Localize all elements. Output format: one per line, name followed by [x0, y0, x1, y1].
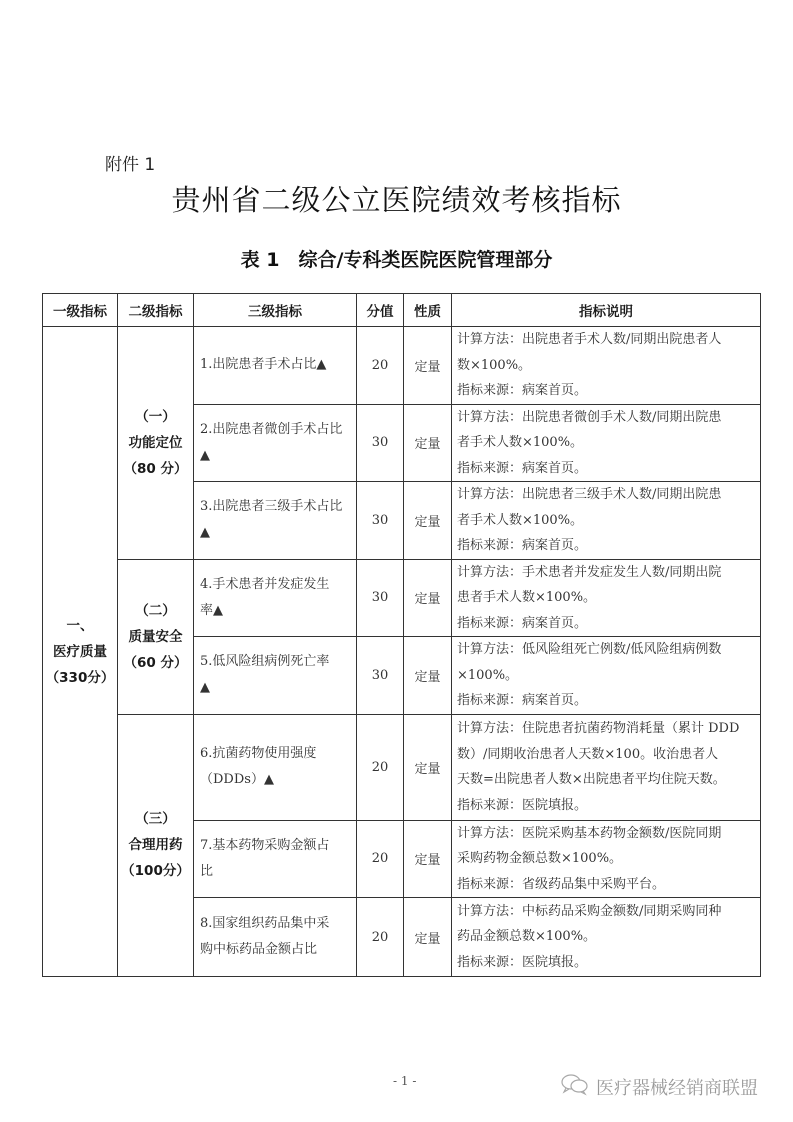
level3-indicator: 7.基本药物采购金额占比 [194, 820, 357, 898]
nature-value: 定量 [404, 714, 452, 820]
indicator-description: 计算方法：出院患者三级手术人数/同期出院患者手术人数×100%。指标来源：病案首… [452, 482, 761, 560]
level2-points: （100分） [118, 858, 193, 884]
level2-name: 功能定位 [118, 430, 193, 456]
score-value: 20 [357, 714, 404, 820]
level1-name: 医疗质量 [43, 639, 117, 665]
nature-value: 定量 [404, 637, 452, 715]
document-title: 贵州省二级公立医院绩效考核指标 [0, 178, 793, 219]
table-header-row: 一级指标 二级指标 三级指标 分值 性质 指标说明 [43, 294, 761, 327]
level2-cell-quality-safety: （二） 质量安全 （60 分） [118, 559, 194, 714]
level2-points: （80 分） [118, 456, 193, 482]
nature-value: 定量 [404, 820, 452, 898]
level3-indicator: 6.抗菌药物使用强度（DDDs）▲ [194, 714, 357, 820]
level2-number: （三） [118, 806, 193, 832]
indicator-description: 计算方法：出院患者微创手术人数/同期出院患者手术人数×100%。指标来源：病案首… [452, 404, 761, 482]
score-value: 20 [357, 820, 404, 898]
level2-cell-rational-drug-use: （三） 合理用药 （100分） [118, 714, 194, 977]
level2-points: （60 分） [118, 650, 193, 676]
level2-name: 质量安全 [118, 624, 193, 650]
column-header-nature: 性质 [404, 294, 452, 327]
nature-value: 定量 [404, 559, 452, 637]
column-header-level3: 三级指标 [194, 294, 357, 327]
attachment-label: 附件 1 [105, 150, 155, 175]
nature-value: 定量 [404, 482, 452, 560]
nature-value: 定量 [404, 898, 452, 977]
level3-indicator: 3.出院患者三级手术占比▲ [194, 482, 357, 560]
wechat-chat-bubbles-icon [560, 1072, 596, 1101]
level1-points: （330分） [43, 665, 117, 691]
level2-cell-function-positioning: （一） 功能定位 （80 分） [118, 327, 194, 560]
nature-value: 定量 [404, 327, 452, 405]
indicator-table: 一级指标 二级指标 三级指标 分值 性质 指标说明 一、 医疗质量 （330分）… [42, 293, 761, 977]
level1-number: 一、 [43, 613, 117, 639]
table-row: （二） 质量安全 （60 分） 4.手术患者并发症发生率▲ 30 定量 计算方法… [43, 559, 761, 637]
column-header-description: 指标说明 [452, 294, 761, 327]
score-value: 30 [357, 637, 404, 715]
nature-value: 定量 [404, 404, 452, 482]
level2-number: （一） [118, 404, 193, 430]
indicator-description: 计算方法：低风险组死亡例数/低风险组病例数×100%。指标来源：病案首页。 [452, 637, 761, 715]
level3-indicator: 4.手术患者并发症发生率▲ [194, 559, 357, 637]
score-value: 30 [357, 482, 404, 560]
score-value: 20 [357, 327, 404, 405]
table-row: 一、 医疗质量 （330分） （一） 功能定位 （80 分） 1.出院患者手术占… [43, 327, 761, 405]
indicator-description: 计算方法：医院采购基本药物金额数/医院同期采购药物金额总数×100%。指标来源：… [452, 820, 761, 898]
level3-indicator: 1.出院患者手术占比▲ [194, 327, 357, 405]
score-value: 20 [357, 898, 404, 977]
indicator-description: 计算方法：手术患者并发症发生人数/同期出院患者手术人数×100%。指标来源：病案… [452, 559, 761, 637]
indicator-description: 计算方法：中标药品采购金额数/同期采购同种药品金额总数×100%。指标来源：医院… [452, 898, 761, 977]
score-value: 30 [357, 559, 404, 637]
table-title: 表 1 综合/专科类医院医院管理部分 [0, 245, 793, 272]
column-header-level2: 二级指标 [118, 294, 194, 327]
level3-indicator: 8.国家组织药品集中采购中标药品金额占比 [194, 898, 357, 977]
table-row: （三） 合理用药 （100分） 6.抗菌药物使用强度（DDDs）▲ 20 定量 … [43, 714, 761, 820]
watermark: 医疗器械经销商联盟 [560, 1072, 758, 1101]
level3-indicator: 2.出院患者微创手术占比▲ [194, 404, 357, 482]
indicator-description: 计算方法：住院患者抗菌药物消耗量（累计 DDD数）/同期收治患者人天数×100。… [452, 714, 761, 820]
indicator-description: 计算方法：出院患者手术人数/同期出院患者人数×100%。指标来源：病案首页。 [452, 327, 761, 405]
column-header-level1: 一级指标 [43, 294, 118, 327]
watermark-text: 医疗器械经销商联盟 [596, 1074, 758, 1100]
level2-number: （二） [118, 598, 193, 624]
column-header-score: 分值 [357, 294, 404, 327]
level2-name: 合理用药 [118, 832, 193, 858]
score-value: 30 [357, 404, 404, 482]
level3-indicator: 5.低风险组病例死亡率▲ [194, 637, 357, 715]
level1-cell-medical-quality: 一、 医疗质量 （330分） [43, 327, 118, 977]
page-number: - 1 - [393, 1074, 416, 1088]
